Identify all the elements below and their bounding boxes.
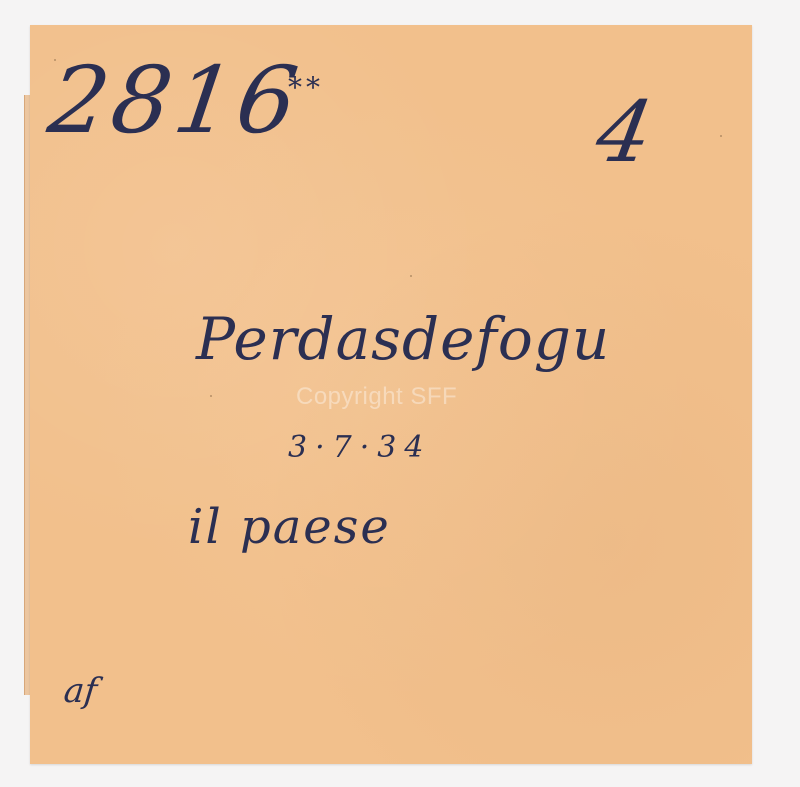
date: 3·7·34 (288, 430, 431, 465)
author-initials: af (62, 671, 99, 711)
paper-speck (720, 135, 722, 137)
copyright-watermark: Copyright SFF (296, 383, 457, 411)
catalog-number: 2816 (42, 47, 307, 154)
envelope-label-card: 2816 ** 4 Perdasdefogu Copyright SFF 3·7… (30, 25, 752, 764)
box-number: 4 (589, 83, 660, 181)
catalog-star-marks: ** (288, 71, 324, 104)
place-name: Perdasdefogu (196, 305, 610, 373)
paper-speck (210, 395, 212, 397)
scan-background: 2816 ** 4 Perdasdefogu Copyright SFF 3·7… (0, 0, 800, 787)
caption: il paese (188, 499, 391, 555)
paper-speck (410, 275, 412, 277)
